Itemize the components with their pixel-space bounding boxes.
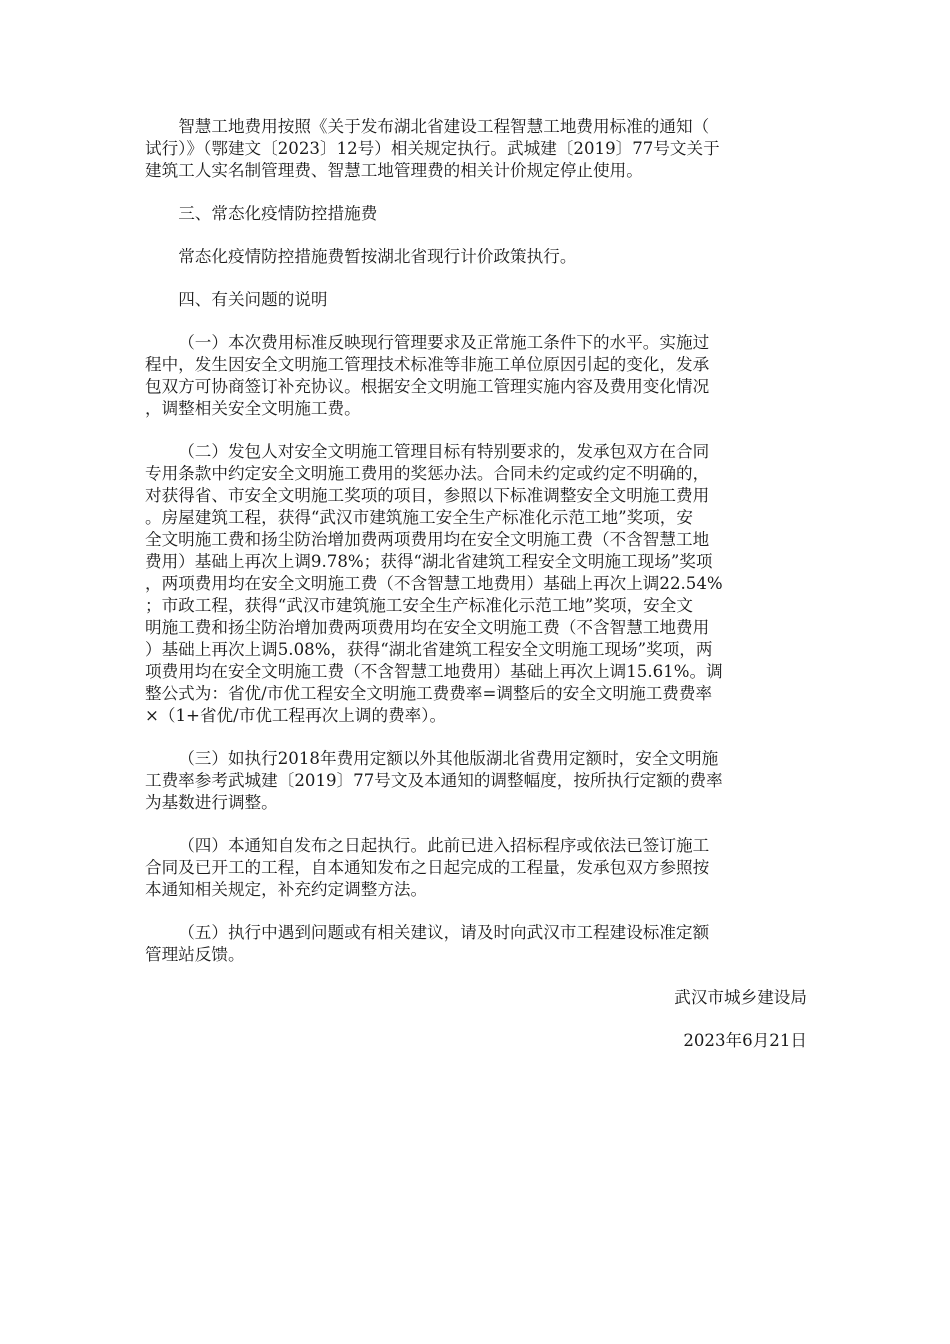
text-line: （四）本通知自发布之日起执行。此前已进入招标程序或依法已签订施工 xyxy=(145,835,807,857)
paragraph-item-2: （二）发包人对安全文明施工管理目标有特别要求的，发承包双方在合同 专用条款中约定… xyxy=(145,441,807,727)
text-line: 整公式为：省优/市优工程安全文明施工费费率=调整后的安全文明施工费费率 xyxy=(145,683,807,705)
text-line: 本通知相关规定，补充约定调整方法。 xyxy=(145,879,807,901)
heading-text: 三、常态化疫情防控措施费 xyxy=(145,203,807,225)
text-line: （五）执行中遇到问题或有相关建议，请及时向武汉市工程建设标准定额 xyxy=(145,922,807,944)
text-line: （三）如执行2018年费用定额以外其他版湖北省费用定额时，安全文明施 xyxy=(145,748,807,770)
text-line: 为基数进行调整。 xyxy=(145,792,807,814)
text-line: 程中，发生因安全文明施工管理技术标准等非施工单位原因引起的变化，发承 xyxy=(145,354,807,376)
text-line: 建筑工人实名制管理费、智慧工地管理费的相关计价规定停止使用。 xyxy=(145,160,807,182)
text-line: 包双方可协商签订补充协议。根据安全文明施工管理实施内容及费用变化情况 xyxy=(145,376,807,398)
text-line: （一）本次费用标准反映现行管理要求及正常施工条件下的水平。实施过 xyxy=(145,332,807,354)
text-line: 明施工费和扬尘防治增加费两项费用均在安全文明施工费（不含智慧工地费用 xyxy=(145,617,807,639)
text-line: ；市政工程，获得“武汉市建筑施工安全生产标准化示范工地”奖项，安全文 xyxy=(145,595,807,617)
text-line: 管理站反馈。 xyxy=(145,944,807,966)
paragraph-item-1: （一）本次费用标准反映现行管理要求及正常施工条件下的水平。实施过 程中，发生因安… xyxy=(145,332,807,420)
paragraph-epidemic-fee: 常态化疫情防控措施费暂按湖北省现行计价政策执行。 xyxy=(145,246,807,268)
text-line: 专用条款中约定安全文明施工费用的奖惩办法。合同未约定或约定不明确的， xyxy=(145,463,807,485)
text-line: 工费率参考武城建〔2019〕77号文及本通知的调整幅度，按所执行定额的费率 xyxy=(145,770,807,792)
text-line: 对获得省、市安全文明施工奖项的项目，参照以下标准调整安全文明施工费用 xyxy=(145,485,807,507)
text-line: 试行）》（鄂建文〔2023〕12号）相关规定执行。武城建〔2019〕77号文关于 xyxy=(145,138,807,160)
paragraph-item-5: （五）执行中遇到问题或有相关建议，请及时向武汉市工程建设标准定额 管理站反馈。 xyxy=(145,922,807,966)
paragraph-item-4: （四）本通知自发布之日起执行。此前已进入招标程序或依法已签订施工 合同及已开工的… xyxy=(145,835,807,901)
section-heading-4: 四、有关问题的说明 xyxy=(145,289,807,311)
text-line: 费用）基础上再次上调9.78%；获得“湖北省建筑工程安全文明施工现场”奖项 xyxy=(145,551,807,573)
section-heading-3: 三、常态化疫情防控措施费 xyxy=(145,203,807,225)
text-line: ，调整相关安全文明施工费。 xyxy=(145,398,807,420)
text-line: 常态化疫情防控措施费暂按湖北省现行计价政策执行。 xyxy=(145,246,807,268)
heading-text: 四、有关问题的说明 xyxy=(145,289,807,311)
document-page: 智慧工地费用按照《关于发布湖北省建设工程智慧工地费用标准的通知（ 试行）》（鄂建… xyxy=(145,116,807,1073)
text-line: 智慧工地费用按照《关于发布湖北省建设工程智慧工地费用标准的通知（ xyxy=(145,116,807,138)
text-line: 项费用均在安全文明施工费（不含智慧工地费用）基础上再次上调15.61%。调 xyxy=(145,661,807,683)
paragraph-smart-site-fee: 智慧工地费用按照《关于发布湖北省建设工程智慧工地费用标准的通知（ 试行）》（鄂建… xyxy=(145,116,807,182)
text-line: ×（1+省优/市优工程再次上调的费率）。 xyxy=(145,705,807,727)
signature-date: 2023年6月21日 xyxy=(145,1030,807,1052)
text-line: （二）发包人对安全文明施工管理目标有特别要求的，发承包双方在合同 xyxy=(145,441,807,463)
signature-issuer: 武汉市城乡建设局 xyxy=(145,987,807,1009)
text-line: 。房屋建筑工程，获得“武汉市建筑施工安全生产标准化示范工地”奖项，安 xyxy=(145,507,807,529)
paragraph-item-3: （三）如执行2018年费用定额以外其他版湖北省费用定额时，安全文明施 工费率参考… xyxy=(145,748,807,814)
text-line: ，两项费用均在安全文明施工费（不含智慧工地费用）基础上再次上调22.54% xyxy=(145,573,807,595)
text-line: 全文明施工费和扬尘防治增加费两项费用均在安全文明施工费（不含智慧工地 xyxy=(145,529,807,551)
text-line: ）基础上再次上调5.08%，获得“湖北省建筑工程安全文明施工现场”奖项，两 xyxy=(145,639,807,661)
text-line: 合同及已开工的工程，自本通知发布之日起完成的工程量，发承包双方参照按 xyxy=(145,857,807,879)
